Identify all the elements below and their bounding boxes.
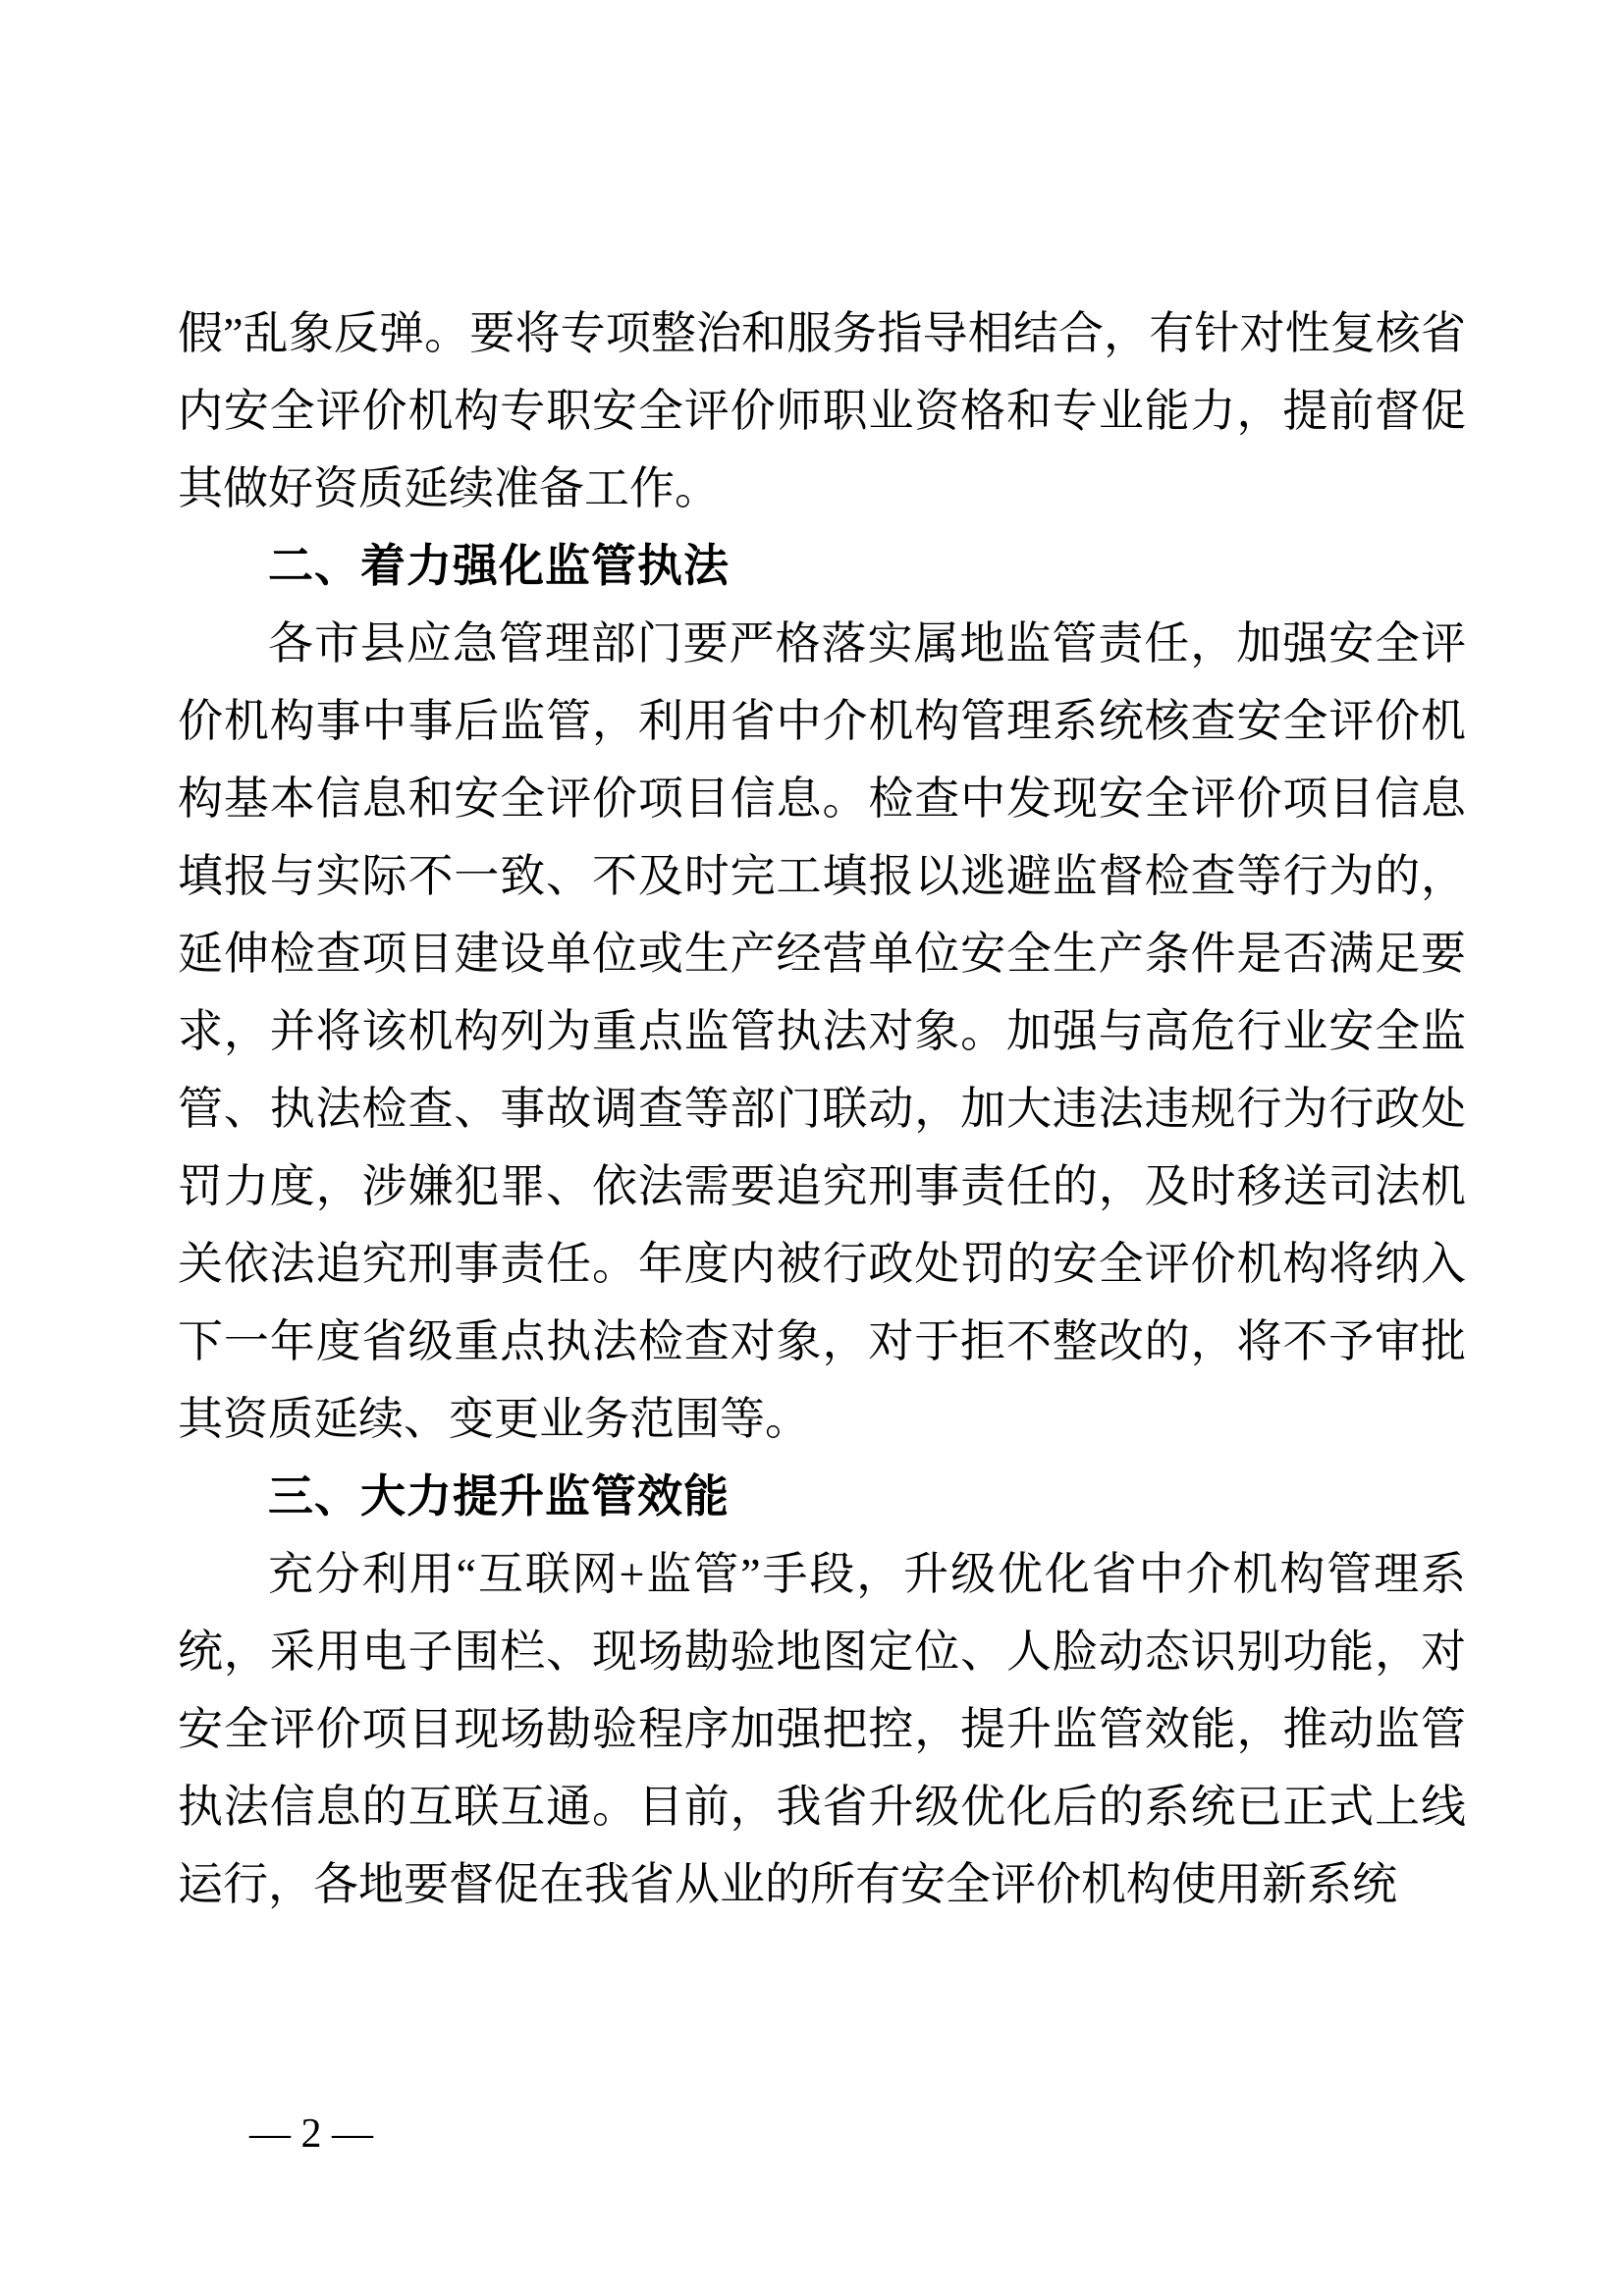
paragraph-continuation-from-previous-page: 假”乱象反弹。要将专项整治和服务指导相结合，有针对性复核省内安全评价机构专职安全…	[178, 294, 1466, 527]
paragraph-section-2-body: 各市县应急管理部门要严格落实属地监管责任，加强安全评价机构事中事后监管，利用省中…	[178, 605, 1466, 1458]
section-heading-2: 二、着力强化监管执法	[178, 527, 1466, 605]
section-heading-3: 三、大力提升监管效能	[178, 1458, 1466, 1535]
document-page: 假”乱象反弹。要将专项整治和服务指导相结合，有针对性复核省内安全评价机构专职安全…	[0, 0, 1624, 2296]
document-body: 假”乱象反弹。要将专项整治和服务指导相结合，有针对性复核省内安全评价机构专职安全…	[178, 294, 1466, 1923]
page-number: — 2 —	[249, 2107, 373, 2162]
paragraph-section-3-body: 充分利用“互联网+监管”手段，升级优化省中介机构管理系统，采用电子围栏、现场勘验…	[178, 1535, 1466, 1923]
